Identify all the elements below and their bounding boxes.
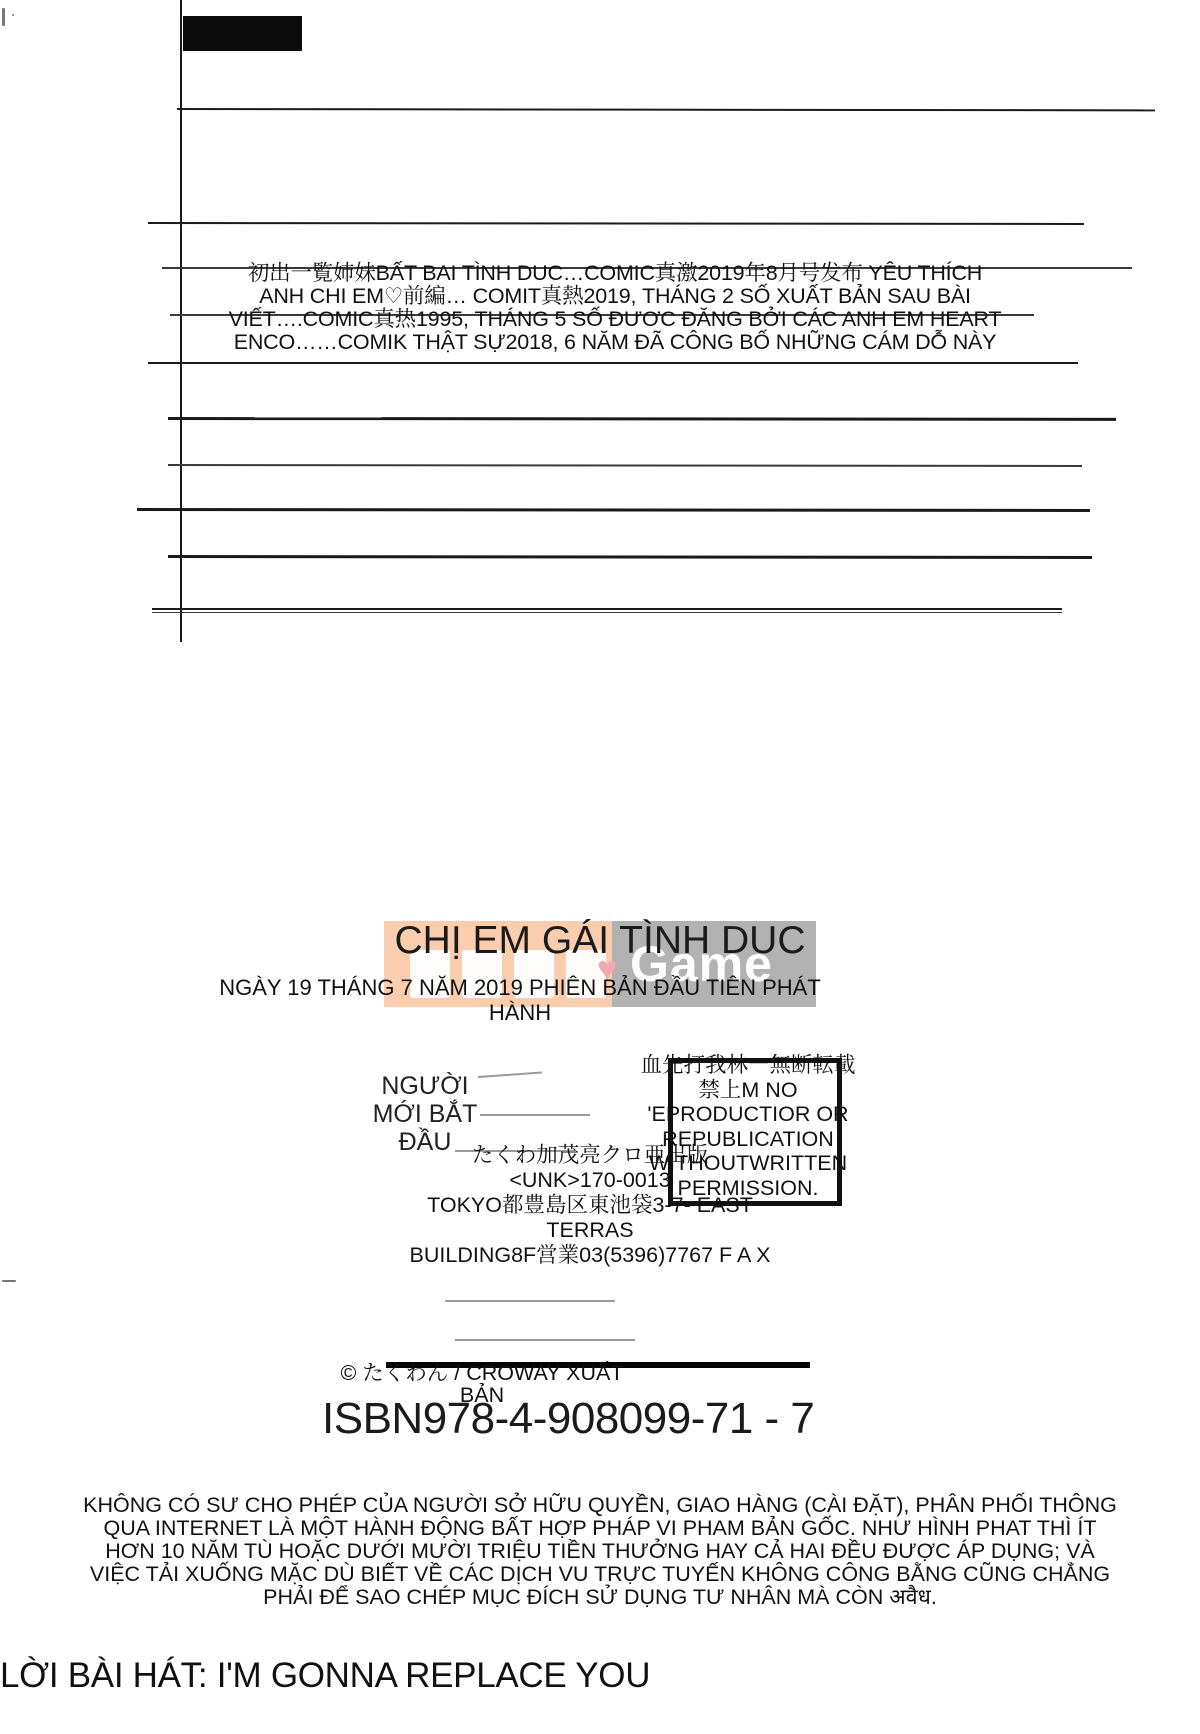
author-label-line: MỚI BẮT — [360, 1100, 490, 1128]
edition-line: NGÀY 19 THÁNG 7 NĂM 2019 PHIÊN BẢN ĐẦU T… — [180, 975, 860, 1025]
rule-line — [148, 362, 1078, 364]
first-appearance-credits: 初出一覧姉妹BẤT BAI TÌNH DUC…COMIC真激2019年8月号发布… — [185, 262, 1045, 354]
legal-line: PHẢI ĐỂ SAO CHÉP MỤC ĐÍCH SỬ DỤNG TƯ NHÂ… — [30, 1586, 1170, 1609]
publisher-line: TERRAS — [380, 1218, 800, 1243]
publisher-line: <UNK>170-0013 — [380, 1168, 800, 1193]
notice-line: 禁上M NO — [618, 1078, 878, 1103]
rule-line — [152, 612, 1062, 613]
author-label-line: NGƯỜI — [360, 1072, 490, 1100]
legal-notice: KHÔNG CÓ SƯ CHO PHÉP CỦA NGƯỜI SỞ HỮU QU… — [30, 1494, 1170, 1609]
legal-line: QUA INTERNET LÀ MỘT HÀNH ĐỘNG BẤT HỢP PH… — [30, 1517, 1170, 1540]
lyrics-caption: LỜI BÀI HÁT: I'M GONNA REPLACE YOU — [0, 1656, 650, 1696]
faint-rule — [480, 1114, 590, 1116]
isbn: ISBN978-4-908099-71 - 7 — [322, 1394, 814, 1444]
scan-speck — [2, 1280, 16, 1282]
margin-rule-vertical — [180, 0, 182, 642]
credits-line: ENCO……COMIK THẬT SỰ2018, 6 NĂM ĐÃ CÔNG B… — [185, 331, 1045, 354]
legal-line: KHÔNG CÓ SƯ CHO PHÉP CỦA NGƯỜI SỞ HỮU QU… — [30, 1494, 1170, 1517]
faint-rule — [445, 1300, 615, 1302]
rule-line — [168, 417, 1116, 421]
redaction-block — [183, 16, 302, 51]
legal-line: VIỆC TẢI XUỐNG MẶC DÙ BIẾT VỀ CÁC DỊCH V… — [30, 1563, 1170, 1586]
edition-date: NGÀY 19 THÁNG 7 NĂM 2019 PHIÊN BẢN ĐẦU T… — [180, 975, 860, 1000]
book-title: CHỊ EM GÁI TÌNH DUC — [370, 920, 830, 962]
credits-line: 初出一覧姉妹BẤT BAI TÌNH DUC…COMIC真激2019年8月号发布… — [185, 262, 1045, 285]
publisher-line: TOKYO都豊島区東池袋3-7- EAST — [380, 1193, 800, 1218]
rule-line — [177, 108, 1155, 111]
scan-speck — [2, 8, 5, 26]
publisher-address: たくわ加茂亮クロ亜出版 <UNK>170-0013 TOKYO都豊島区東池袋3-… — [380, 1143, 800, 1268]
scan-speck — [12, 14, 14, 16]
edition-date-cont: HÀNH — [180, 1000, 860, 1025]
rule-line — [152, 608, 1062, 610]
notice-line: 血先打我林一無断転載 — [618, 1053, 878, 1078]
legal-line: HƠN 10 NĂM TÙ HOẶC DƯỚI MƯỜI TRIỆU TIỀN … — [30, 1540, 1170, 1563]
rule-line — [137, 508, 1090, 512]
copyright-line: © たくわん / CROWAY XUẤT — [322, 1362, 642, 1384]
notice-line: 'EPRODUCTIOR OR — [618, 1102, 878, 1127]
credits-line: ANH CHI EM♡前編… COMIT真熱2019, THÁNG 2 SỐ X… — [185, 285, 1045, 308]
rule-line — [148, 222, 1084, 225]
credits-line: VIẾT….COMIC真热1995, THÁNG 5 SỐ ĐƯƠC ĐĂNG … — [185, 308, 1045, 331]
rule-line — [168, 555, 1092, 559]
rule-line — [168, 464, 1082, 467]
publisher-line: たくわ加茂亮クロ亜出版 — [380, 1143, 800, 1168]
publisher-line: BUILDING8F営業03(5396)7767 F A X — [380, 1243, 800, 1268]
faint-rule — [455, 1339, 635, 1341]
